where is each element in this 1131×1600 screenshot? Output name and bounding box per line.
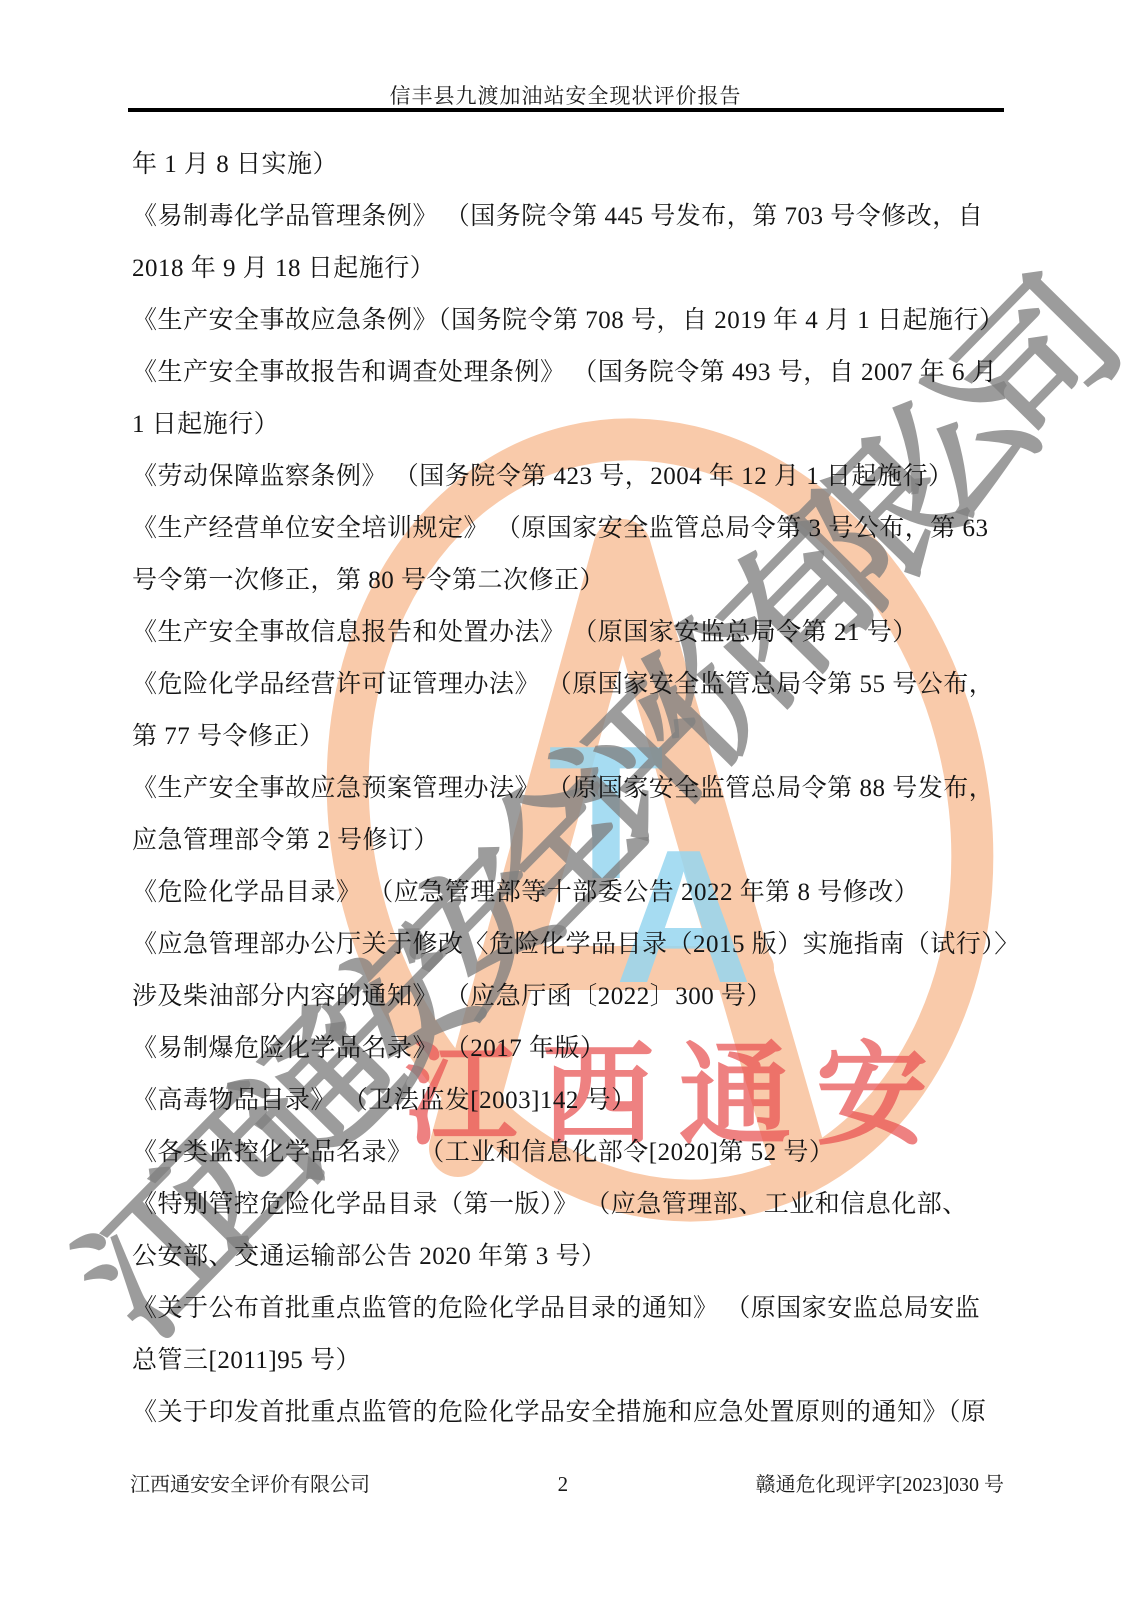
body-line: 《生产安全事故报告和调查处理条例》 （国务院令第 493 号，自 2007 年 …: [132, 347, 1008, 399]
body-text: 年 1 月 8 日实施）《易制毒化学品管理条例》 （国务院令第 445 号发布，…: [132, 139, 1008, 1439]
body-line: 《生产安全事故信息报告和处置办法》 （原国家安监总局令第 21 号）: [132, 607, 1008, 659]
body-line: 应急管理部令第 2 号修订）: [132, 815, 1008, 867]
body-line: 年 1 月 8 日实施）: [132, 139, 1008, 191]
body-line: 《易制爆危险化学品名录》 （2017 年版）: [132, 1023, 1008, 1075]
body-line: 《生产经营单位安全培训规定》 （原国家安全监管总局令第 3 号公布，第 63: [132, 503, 1008, 555]
header-divider-rule: [128, 108, 1004, 112]
body-line: 2018 年 9 月 18 日起施行）: [132, 243, 1008, 295]
body-line: 《高毒物品目录》 （卫法监发[2003]142 号）: [132, 1075, 1008, 1127]
body-line: 《生产安全事故应急预案管理办法》 （原国家安全监管总局令第 88 号发布，: [132, 763, 1008, 815]
body-line: 总管三[2011]95 号）: [132, 1335, 1008, 1387]
page-footer: 江西通安安全评价有限公司 2 赣通危化现评字[2023]030 号: [130, 1468, 1004, 1497]
body-line: 公安部、交通运输部公告 2020 年第 3 号）: [132, 1231, 1008, 1283]
body-line: 《特别管控危险化学品目录（第一版）》 （应急管理部、工业和信息化部、: [132, 1179, 1008, 1231]
body-line: 《关于印发首批重点监管的危险化学品安全措施和应急处置原则的通知》（原: [132, 1387, 1008, 1439]
body-line: 第 77 号令修正）: [132, 711, 1008, 763]
body-line: 《关于公布首批重点监管的危险化学品目录的通知》 （原国家安监总局安监: [132, 1283, 1008, 1335]
footer-document-number: 赣通危化现评字[2023]030 号: [756, 1468, 1004, 1497]
body-line: 《危险化学品经营许可证管理办法》 （原国家安全监管总局令第 55 号公布，: [132, 659, 1008, 711]
body-line: 1 日起施行）: [132, 399, 1008, 451]
body-line: 《劳动保障监察条例》 （国务院令第 423 号，2004 年 12 月 1 日起…: [132, 451, 1008, 503]
footer-company-name: 江西通安安全评价有限公司: [130, 1468, 370, 1497]
body-line: 《生产安全事故应急条例》（国务院令第 708 号，自 2019 年 4 月 1 …: [132, 295, 1008, 347]
body-line: 《各类监控化学品名录》 （工业和信息化部令[2020]第 52 号）: [132, 1127, 1008, 1179]
document-page: T A 江西通安 江西通安安全评价有限公司 信丰县九渡加油站安全现状评价报告 年…: [0, 0, 1131, 1600]
body-line: 涉及柴油部分内容的通知》 （应急厅函〔2022〕300 号）: [132, 971, 1008, 1023]
body-line: 《易制毒化学品管理条例》 （国务院令第 445 号发布，第 703 号令修改，自: [132, 191, 1008, 243]
body-line: 号令第一次修正，第 80 号令第二次修正）: [132, 555, 1008, 607]
body-line: 《危险化学品目录》 （应急管理部等十部委公告 2022 年第 8 号修改）: [132, 867, 1008, 919]
page-number: 2: [558, 1472, 569, 1497]
body-line: 《应急管理部办公厅关于修改〈危险化学品目录（2015 版）实施指南（试行）〉: [132, 919, 1008, 971]
report-header-title: 信丰县九渡加油站安全现状评价报告: [0, 80, 1131, 110]
